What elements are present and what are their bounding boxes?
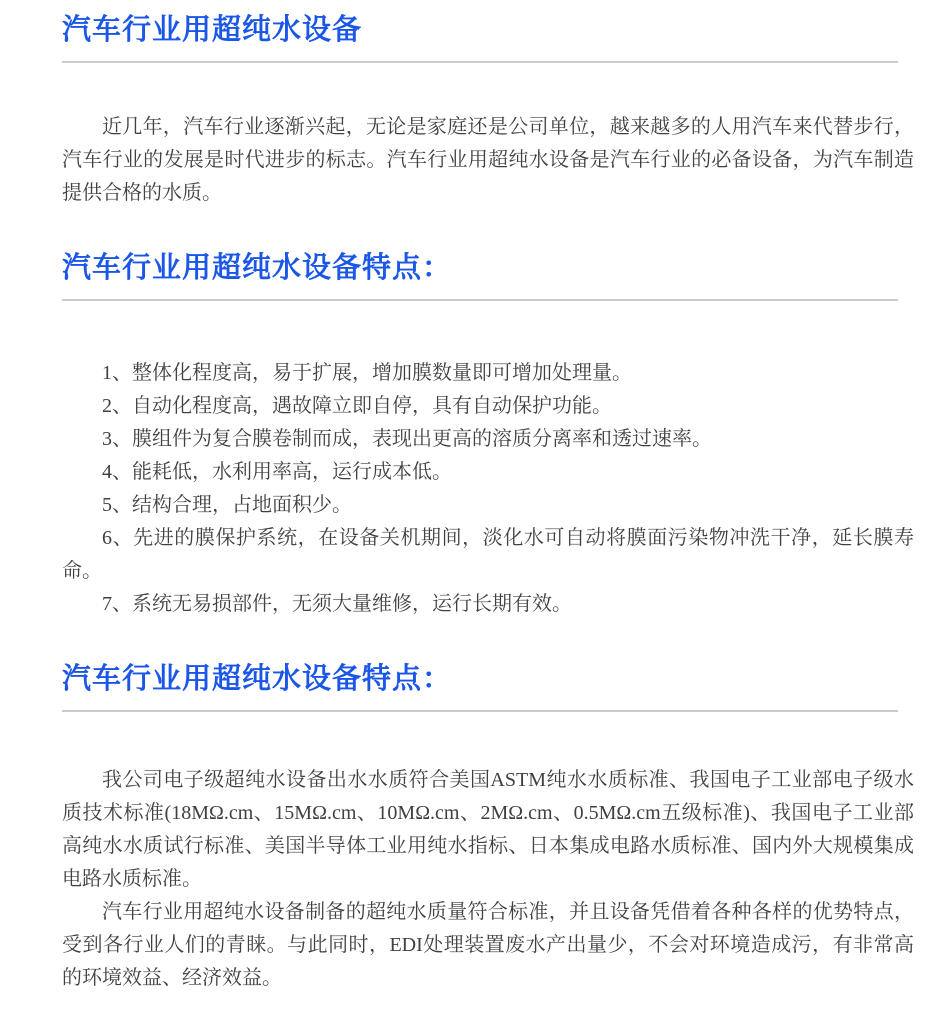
list-item: 7、系统无易损部件，无须大量维修，运行长期有效。 xyxy=(62,588,914,621)
article-page: 汽车行业用超纯水设备 近几年，汽车行业逐渐兴起，无论是家庭还是公司单位，越来越多… xyxy=(0,0,940,1024)
list-item: 1、整体化程度高，易于扩展，增加膜数量即可增加处理量。 xyxy=(62,357,914,390)
section-heading-standards: 汽车行业用超纯水设备特点： xyxy=(62,661,914,697)
list-item: 6、先进的膜保护系统，在设备关机期间，淡化水可自动将膜面污染物冲洗干净，延长膜寿… xyxy=(62,522,914,588)
features-list: 1、整体化程度高，易于扩展，增加膜数量即可增加处理量。 2、自动化程度高，遇故障… xyxy=(62,357,914,621)
list-item: 5、结构合理，占地面积少。 xyxy=(62,489,914,522)
list-item: 2、自动化程度高，遇故障立即自停，具有自动保护功能。 xyxy=(62,390,914,423)
section-standards: 汽车行业用超纯水设备特点： 我公司电子级超纯水设备出水水质符合美国ASTM纯水水… xyxy=(62,661,914,995)
standards-paragraph: 我公司电子级超纯水设备出水水质符合美国ASTM纯水水质标准、我国电子工业部电子级… xyxy=(62,764,914,896)
section-features: 汽车行业用超纯水设备特点： 1、整体化程度高，易于扩展，增加膜数量即可增加处理量… xyxy=(62,250,914,621)
heading-divider xyxy=(62,299,898,301)
page-title: 汽车行业用超纯水设备 xyxy=(62,12,914,48)
heading-divider xyxy=(62,710,898,712)
heading-divider xyxy=(62,61,898,63)
section-heading-features: 汽车行业用超纯水设备特点： xyxy=(62,250,914,286)
list-item: 4、能耗低，水利用率高，运行成本低。 xyxy=(62,456,914,489)
intro-paragraph: 近几年，汽车行业逐渐兴起，无论是家庭还是公司单位，越来越多的人用汽车来代替步行，… xyxy=(62,111,914,210)
benefits-paragraph: 汽车行业用超纯水设备制备的超纯水质量符合标准，并且设备凭借着各种各样的优势特点，… xyxy=(62,896,914,995)
section-intro: 汽车行业用超纯水设备 近几年，汽车行业逐渐兴起，无论是家庭还是公司单位，越来越多… xyxy=(62,12,914,210)
list-item: 3、膜组件为复合膜卷制而成，表现出更高的溶质分离率和透过速率。 xyxy=(62,423,914,456)
